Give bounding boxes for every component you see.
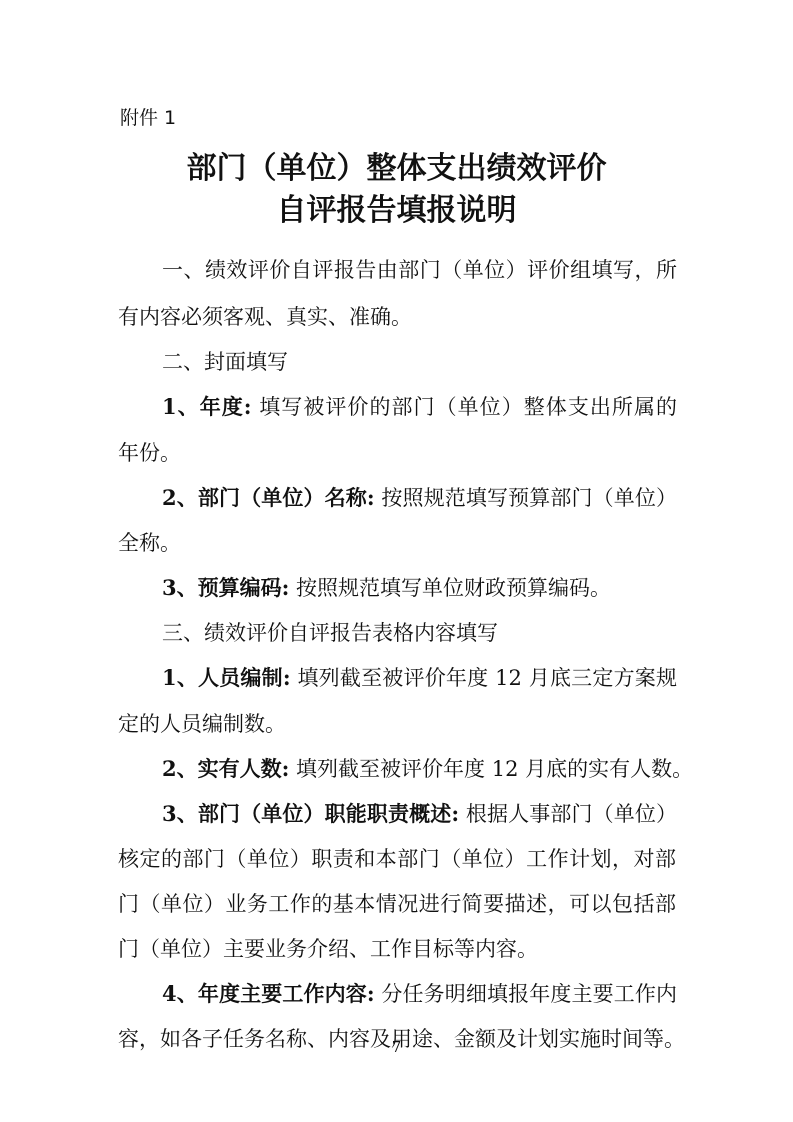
document-page: 附件 1 部门（单位）整体支出绩效评价 自评报告填报说明 一、绩效评价自评报告由… bbox=[0, 0, 793, 1122]
item-label: 1、年度: bbox=[162, 394, 252, 419]
item-year-line-2: 年份。 bbox=[118, 439, 181, 467]
item-label: 1、人员编制: bbox=[162, 665, 291, 690]
section-heading-cover: 二、封面填写 bbox=[162, 348, 288, 376]
item-functions-line-2: 核定的部门（单位）职责和本部门（单位）工作计划，对部 bbox=[118, 845, 676, 873]
document-title-line1: 部门（单位）整体支出绩效评价 bbox=[0, 143, 793, 187]
item-text: 填写被评价的部门（单位）整体支出所属的 bbox=[252, 395, 677, 419]
item-staffing-line-2: 定的人员编制数。 bbox=[118, 710, 286, 738]
item-text: 根据人事部门（单位） bbox=[459, 802, 677, 826]
item-annual-work: 4、年度主要工作内容: 分任务明细填报年度主要工作内 bbox=[162, 980, 677, 1008]
item-staffing: 1、人员编制: 填列截至被评价年度 12 月底三定方案规 bbox=[162, 664, 677, 692]
item-label: 3、部门（单位）职能职责概述: bbox=[162, 801, 459, 826]
item-text: 按照规范填写单位财政预算编码。 bbox=[289, 576, 611, 600]
item-label: 2、部门（单位）名称: bbox=[162, 485, 375, 510]
para-1-line-1: 一、绩效评价自评报告由部门（单位）评价组填写，所 bbox=[162, 256, 677, 284]
page-number: 7 bbox=[0, 1038, 793, 1056]
item-label: 3、预算编码: bbox=[162, 575, 289, 600]
item-dept-name: 2、部门（单位）名称: 按照规范填写预算部门（单位） bbox=[162, 484, 677, 512]
item-text: 按照规范填写预算部门（单位） bbox=[375, 486, 677, 510]
document-title-line2: 自评报告填报说明 bbox=[0, 185, 793, 229]
para-1-line-2: 有内容必须客观、真实、准确。 bbox=[118, 303, 412, 331]
item-dept-name-line-2: 全称。 bbox=[118, 529, 181, 557]
item-label: 4、年度主要工作内容: bbox=[162, 981, 375, 1006]
section-heading-table: 三、绩效评价自评报告表格内容填写 bbox=[162, 619, 498, 647]
item-text: 填列截至被评价年度 12 月底的实有人数。 bbox=[289, 757, 693, 781]
item-actual-headcount: 2、实有人数: 填列截至被评价年度 12 月底的实有人数。 bbox=[162, 755, 677, 783]
item-year: 1、年度: 填写被评价的部门（单位）整体支出所属的 bbox=[162, 393, 677, 421]
item-text: 填列截至被评价年度 12 月底三定方案规 bbox=[291, 666, 677, 690]
item-functions-line-4: 门（单位）主要业务介绍、工作目标等内容。 bbox=[118, 935, 538, 963]
item-budget-code: 3、预算编码: 按照规范填写单位财政预算编码。 bbox=[162, 574, 611, 602]
attachment-label: 附件 1 bbox=[120, 103, 176, 130]
item-functions: 3、部门（单位）职能职责概述: 根据人事部门（单位） bbox=[162, 800, 677, 828]
item-functions-line-3: 门（单位）业务工作的基本情况进行简要描述，可以包括部 bbox=[118, 890, 676, 918]
item-text: 分任务明细填报年度主要工作内 bbox=[375, 982, 677, 1006]
item-label: 2、实有人数: bbox=[162, 756, 289, 781]
